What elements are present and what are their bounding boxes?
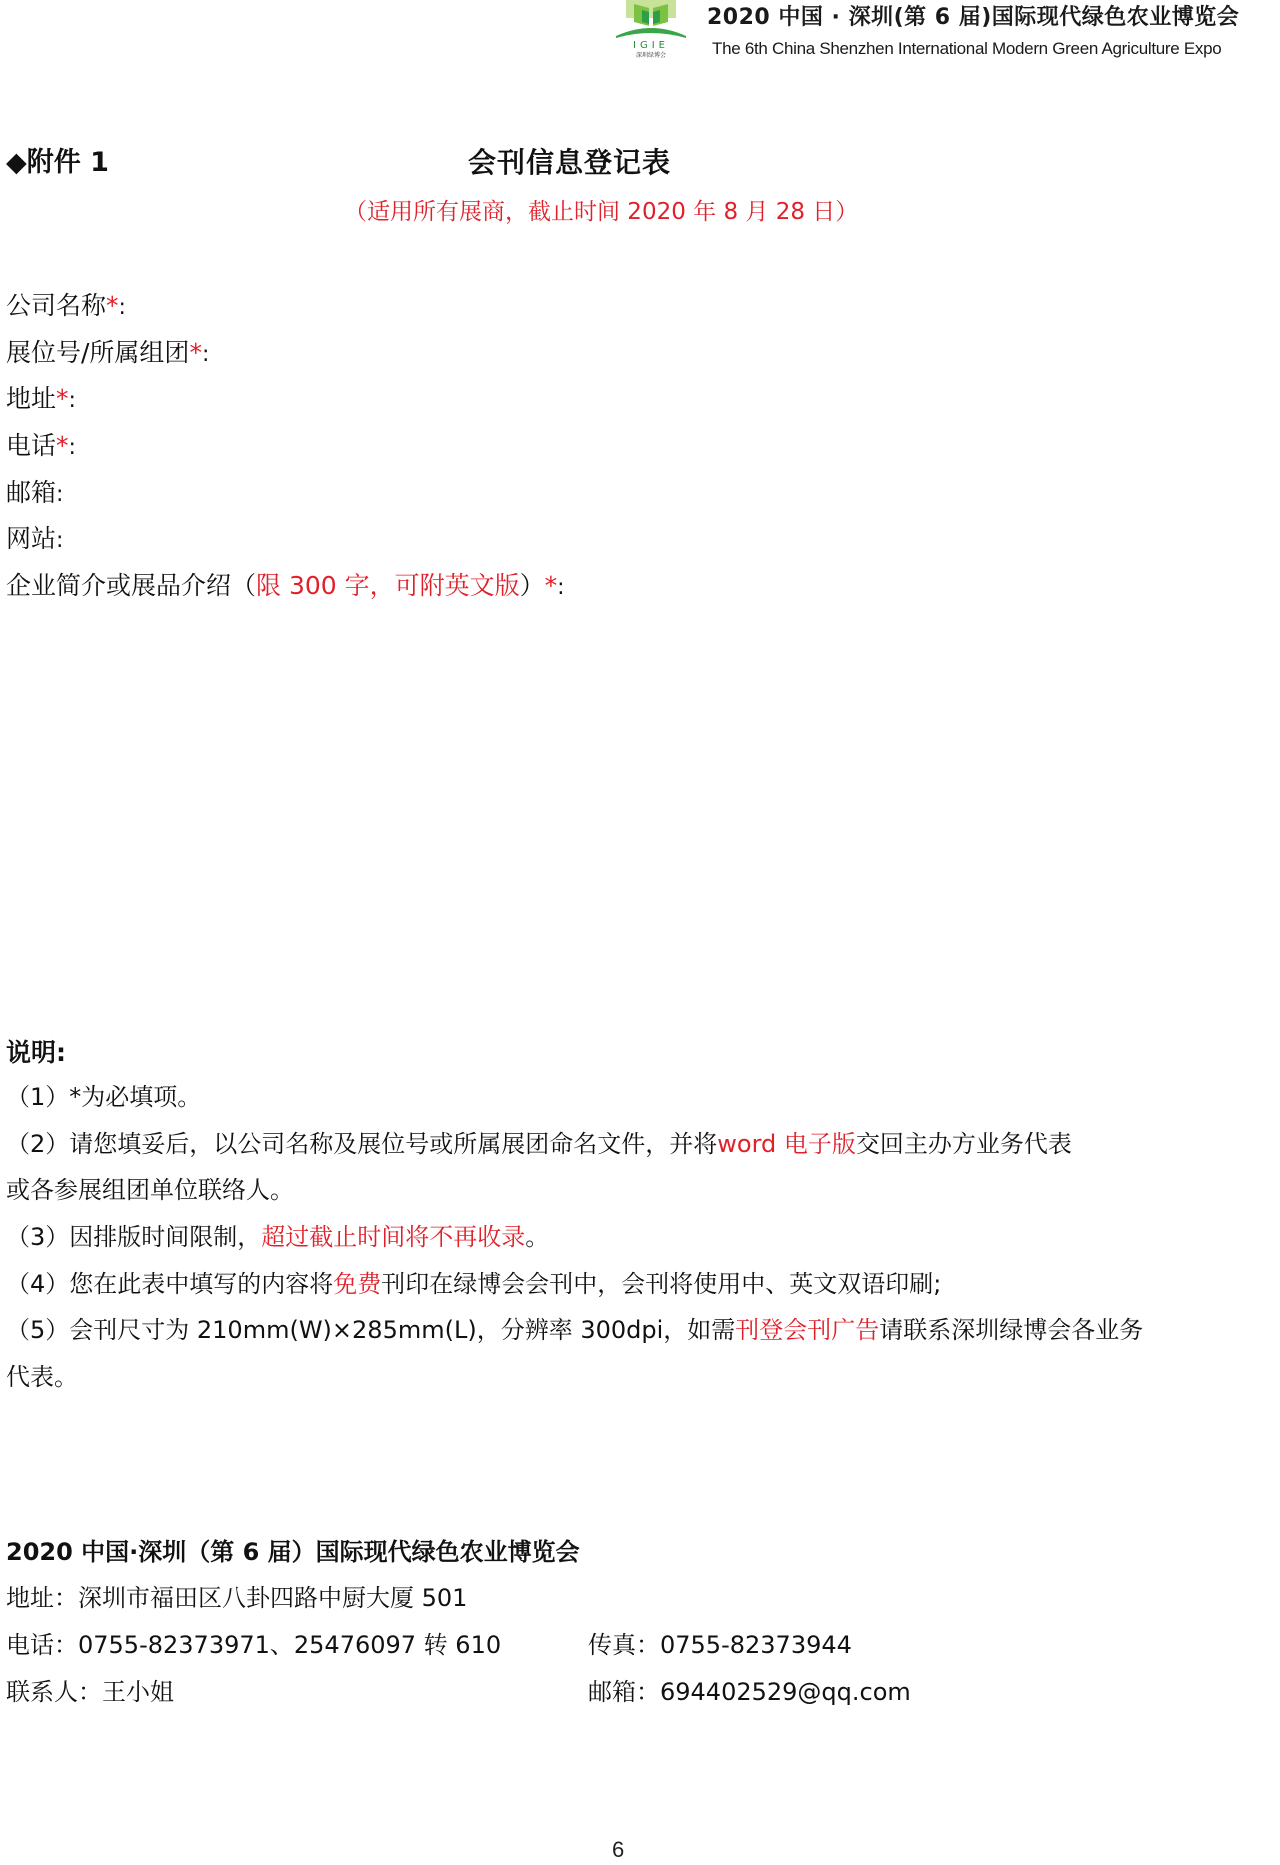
field-email[interactable]: 邮箱:: [6, 476, 63, 512]
note-1: （1）*为必填项。: [6, 1080, 201, 1114]
contact-email[interactable]: 邮箱：694402529@qq.com: [588, 1675, 911, 1709]
field-note: 限 300 字，可附英文版: [256, 571, 520, 600]
header-title-cn: 2020 中国 · 深圳(第 6 届)国际现代绿色农业博览会: [707, 4, 1239, 32]
field-label: 电话: [6, 431, 56, 460]
field-address[interactable]: 地址*:: [6, 382, 76, 418]
note-2: （2）请您填妥后，以公司名称及展位号或所属展团命名文件，并将word 电子版交回…: [6, 1127, 1072, 1161]
field-label: 地址: [6, 384, 56, 413]
field-label: 网站: [6, 524, 56, 553]
field-company-name[interactable]: 公司名称*:: [6, 289, 126, 325]
expo-logo: IGIE 深圳绿博会: [612, 0, 690, 58]
required-mark: *: [189, 338, 202, 367]
svg-text:深圳绿博会: 深圳绿博会: [636, 51, 666, 58]
note-3: （3）因排版时间限制，超过截止时间将不再收录。: [6, 1220, 549, 1254]
required-mark: *: [545, 571, 558, 600]
highlight: word 电子版: [717, 1130, 856, 1158]
note-2-cont: 或各参展组团单位联络人。: [6, 1173, 294, 1207]
contact-phone: 电话：0755-82373971、25476097 转 610: [6, 1628, 501, 1662]
contact-address: 地址：深圳市福田区八卦四路中厨大厦 501: [6, 1581, 467, 1615]
field-website[interactable]: 网站:: [6, 522, 63, 558]
field-booth-group[interactable]: 展位号/所属组团*:: [6, 336, 209, 372]
header-title-en: The 6th China Shenzhen International Mod…: [712, 38, 1221, 60]
field-phone[interactable]: 电话*:: [6, 429, 76, 465]
field-label: 邮箱: [6, 478, 56, 507]
contact-fax: 传真：0755-82373944: [588, 1628, 852, 1662]
annex-label: ◆附件 1: [6, 146, 109, 180]
required-mark: *: [56, 384, 69, 413]
highlight: 免费: [333, 1270, 381, 1298]
logo-icon: IGIE 深圳绿博会: [612, 0, 690, 58]
contact-person: 联系人：王小姐: [6, 1675, 174, 1709]
notes-heading: 说明:: [6, 1036, 66, 1070]
page-subtitle: （适用所有展商，截止时间 2020 年 8 月 28 日）: [344, 196, 858, 228]
page-title: 会刊信息登记表: [468, 146, 671, 180]
note-5-cont: 代表。: [6, 1360, 78, 1394]
field-label: 展位号/所属组团: [6, 338, 189, 367]
highlight: 超过截止时间将不再收录: [261, 1223, 525, 1251]
page-number: 6: [612, 1836, 624, 1864]
required-mark: *: [106, 291, 119, 320]
contact-org: 2020 中国·深圳（第 6 届）国际现代绿色农业博览会: [6, 1535, 580, 1569]
note-5: （5）会刊尺寸为 210mm(W)×285mm(L)，分辨率 300dpi，如需…: [6, 1313, 1143, 1347]
field-label: 公司名称: [6, 291, 106, 320]
field-label: 企业简介或展品介绍（: [6, 571, 256, 600]
field-company-intro[interactable]: 企业简介或展品介绍（限 300 字，可附英文版）*:: [6, 569, 565, 605]
note-4: （4）您在此表中填写的内容将免费刊印在绿博会会刊中，会刊将使用中、英文双语印刷;: [6, 1267, 941, 1301]
highlight: 刊登会刊广告: [735, 1316, 879, 1344]
svg-text:IGIE: IGIE: [633, 40, 669, 51]
required-mark: *: [56, 431, 69, 460]
